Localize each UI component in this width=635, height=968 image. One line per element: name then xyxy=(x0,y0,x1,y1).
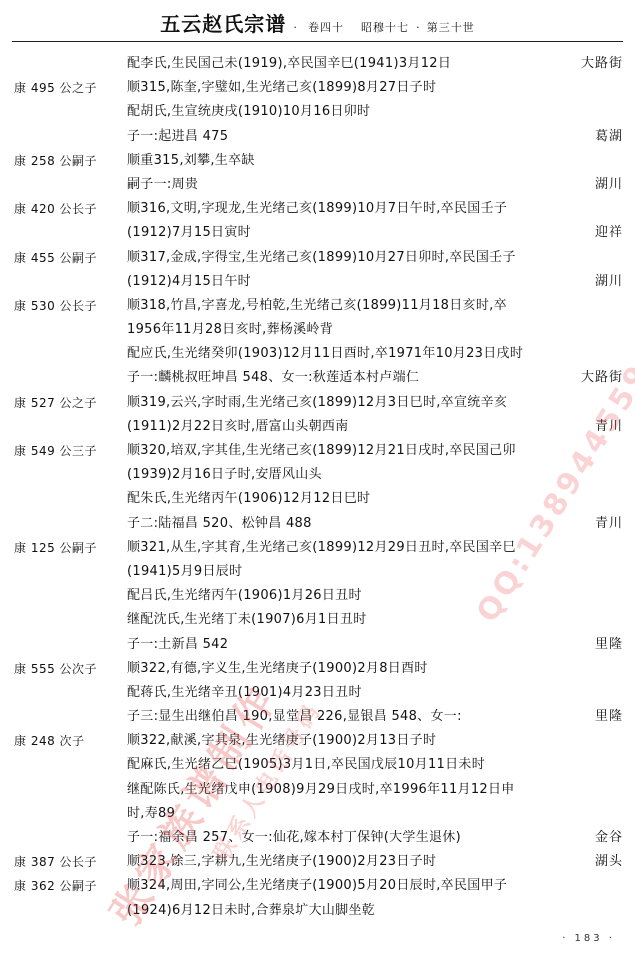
genealogy-line: 子二:陆福昌 520、松钟昌 488青川 xyxy=(0,512,635,536)
entry-text: 子二:陆福昌 520、松钟昌 488 xyxy=(127,512,312,536)
genealogy-line: 康 420 公长子顺316,文明,字现龙,生光绪己亥(1899)10月7日午时,… xyxy=(0,197,635,221)
entry-text: 顺320,培双,字其佳,生光绪己亥(1899)12月21日戌时,卒民国己卯 xyxy=(127,439,516,463)
entry-text: 配蒋氏,生光绪辛丑(1901)4月23日丑时 xyxy=(127,681,362,705)
entry-text: 配吕氏,生光绪丙午(1906)1月26日丑时 xyxy=(127,584,362,608)
genealogy-line: 子一:麟桃叔旺坤昌 548、女一:秋莲适本村卢端仁大路街 xyxy=(0,366,635,390)
location-label: 大路街 xyxy=(581,52,623,76)
genealogy-line: 康 495 公之子顺315,陈奎,字璧如,生光绪己亥(1899)8月27日子时 xyxy=(0,76,635,100)
genealogy-line: (1912)7月15日寅时迎祥 xyxy=(0,221,635,245)
entry-text: 顺317,金成,字得宝,生光绪己亥(1899)10月27日卯时,卒民国壬子 xyxy=(127,246,516,270)
genealogy-line: 康 530 公长子顺318,竹昌,字喜龙,号柏乾,生光绪己亥(1899)11月1… xyxy=(0,294,635,318)
branch-label: 昭穆十七 xyxy=(361,21,409,34)
entry-text: 继配陈氏,生光绪戊申(1908)9月29日戌时,卒1996年11月12日申 xyxy=(127,778,515,802)
entry-text: (1911)2月22日亥时,厝富山头朝西南 xyxy=(127,415,348,439)
location-label: 湖川 xyxy=(595,270,623,294)
page-header: 五云赵氏宗谱 · 卷四十 昭穆十七 · 第三十世 xyxy=(0,8,635,42)
entry-text: (1941)5月9日辰时 xyxy=(127,560,242,584)
parent-reference: 康 125 公嗣子 xyxy=(14,536,97,560)
genealogy-line: 继配陈氏,生光绪戊申(1908)9月29日戌时,卒1996年11月12日申 xyxy=(0,778,635,802)
parent-reference: 康 455 公嗣子 xyxy=(14,246,97,270)
genealogy-line: 康 125 公嗣子顺321,从生,字其育,生光绪己亥(1899)12月29日丑时… xyxy=(0,536,635,560)
genealogy-line: 康 387 公长子顺323,馀三,字耕九,生光绪庚子(1900)2月23日子时湖… xyxy=(0,850,635,874)
entry-text: 子三:显生出继伯昌 190,显堂昌 226,显银昌 548、女一: xyxy=(127,705,462,729)
entry-text: 顺315,陈奎,字璧如,生光绪己亥(1899)8月27日子时 xyxy=(127,76,436,100)
parent-reference: 康 549 公三子 xyxy=(14,439,97,463)
genealogy-line: 继配沈氏,生光绪丁未(1907)6月1日丑时 xyxy=(0,608,635,632)
header-separator: · xyxy=(293,21,297,34)
entry-text: 顺316,文明,字现龙,生光绪己亥(1899)10月7日午时,卒民国壬子 xyxy=(127,197,507,221)
entry-text: 顺322,有德,字义生,生光绪庚子(1900)2月8日酉时 xyxy=(127,657,428,681)
entry-text: 顺322,献溪,字其泉,生光绪庚子(1900)2月13日子时 xyxy=(127,729,436,753)
location-label: 金谷 xyxy=(595,826,623,850)
genealogy-line: 嗣子一:周贵湖川 xyxy=(0,173,635,197)
parent-reference: 康 420 公长子 xyxy=(14,197,97,221)
location-label: 湖头 xyxy=(595,850,623,874)
location-label: 大路街 xyxy=(581,366,623,390)
entry-text: 顺重315,刘攀,生卒缺 xyxy=(127,149,255,173)
parent-reference: 康 527 公之子 xyxy=(14,391,97,415)
genealogy-line: 配吕氏,生光绪丙午(1906)1月26日丑时 xyxy=(0,584,635,608)
entry-text: (1924)6月12日未时,合葬泉圹大山脚坐乾 xyxy=(127,899,375,923)
genealogy-entries: 配李氏,生民国己未(1919),卒民国辛巳(1941)3月12日大路街康 495… xyxy=(0,52,635,923)
genealogy-line: 配麻氏,生光绪乙巳(1905)3月1日,卒民国戊辰10月11日未时 xyxy=(0,753,635,777)
entry-text: 配胡氏,生宣统庚戌(1910)10月16日卯时 xyxy=(127,100,370,124)
parent-reference: 康 530 公长子 xyxy=(14,294,97,318)
page-number: · 183 · xyxy=(562,933,615,944)
entry-text: 子一:福余昌 257、女一:仙花,嫁本村丁保钟(大学生退休) xyxy=(127,826,461,850)
parent-reference: 康 555 公次子 xyxy=(14,657,97,681)
genealogy-line: 时,寿89 xyxy=(0,802,635,826)
genealogy-line: 配李氏,生民国己未(1919),卒民国辛巳(1941)3月12日大路街 xyxy=(0,52,635,76)
genealogy-line: 配胡氏,生宣统庚戌(1910)10月16日卯时 xyxy=(0,100,635,124)
genealogy-line: 配应氏,生光绪癸卯(1903)12月11日酉时,卒1971年10月23日戌时 xyxy=(0,342,635,366)
genealogy-line: 1956年11月28日亥时,葬杨溪岭背 xyxy=(0,318,635,342)
entry-text: 配朱氏,生光绪丙午(1906)12月12日巳时 xyxy=(127,487,370,511)
genealogy-line: 康 527 公之子顺319,云兴,字时雨,生光绪己亥(1899)12月3日巳时,… xyxy=(0,391,635,415)
location-label: 湖川 xyxy=(595,173,623,197)
genealogy-line: 康 248 次子顺322,献溪,字其泉,生光绪庚子(1900)2月13日子时 xyxy=(0,729,635,753)
genealogy-line: 康 455 公嗣子顺317,金成,字得宝,生光绪己亥(1899)10月27日卯时… xyxy=(0,246,635,270)
parent-reference: 康 258 公嗣子 xyxy=(14,149,97,173)
entry-text: 顺321,从生,字其育,生光绪己亥(1899)12月29日丑时,卒民国辛巳 xyxy=(127,536,516,560)
genealogy-line: (1911)2月22日亥时,厝富山头朝西南青川 xyxy=(0,415,635,439)
entry-text: (1939)2月16日子时,安厝风山头 xyxy=(127,463,322,487)
entry-text: 子一:麟桃叔旺坤昌 548、女一:秋莲适本村卢端仁 xyxy=(127,366,419,390)
genealogy-line: (1924)6月12日未时,合葬泉圹大山脚坐乾 xyxy=(0,899,635,923)
entry-text: 子一:起进昌 475 xyxy=(127,125,228,149)
entry-text: 时,寿89 xyxy=(127,802,175,826)
entry-text: (1912)7月15日寅时 xyxy=(127,221,251,245)
location-label: 里隆 xyxy=(595,705,623,729)
genealogy-line: 康 555 公次子顺322,有德,字义生,生光绪庚子(1900)2月8日酉时 xyxy=(0,657,635,681)
parent-reference: 康 362 公嗣子 xyxy=(14,874,97,898)
entry-text: 配麻氏,生光绪乙巳(1905)3月1日,卒民国戊辰10月11日未时 xyxy=(127,753,485,777)
entry-text: 顺319,云兴,字时雨,生光绪己亥(1899)12月3日巳时,卒宣统辛亥 xyxy=(127,391,507,415)
entry-text: 嗣子一:周贵 xyxy=(127,173,198,197)
location-label: 里隆 xyxy=(595,633,623,657)
location-label: 迎祥 xyxy=(595,221,623,245)
entry-text: (1912)4月15日午时 xyxy=(127,270,251,294)
parent-reference: 康 387 公长子 xyxy=(14,850,97,874)
genealogy-line: (1912)4月15日午时湖川 xyxy=(0,270,635,294)
genealogy-line: 康 362 公嗣子顺324,周田,字同公,生光绪庚子(1900)5月20日辰时,… xyxy=(0,874,635,898)
location-label: 青川 xyxy=(595,512,623,536)
header-separator-2: · xyxy=(416,21,420,34)
entry-text: 配李氏,生民国己未(1919),卒民国辛巳(1941)3月12日 xyxy=(127,52,451,76)
genealogy-line: 配朱氏,生光绪丙午(1906)12月12日巳时 xyxy=(0,487,635,511)
parent-reference: 康 495 公之子 xyxy=(14,76,97,100)
header-divider xyxy=(12,41,623,42)
genealogy-line: 康 258 公嗣子顺重315,刘攀,生卒缺 xyxy=(0,149,635,173)
entry-text: 顺318,竹昌,字喜龙,号柏乾,生光绪己亥(1899)11月18日亥时,卒 xyxy=(127,294,507,318)
location-label: 葛湖 xyxy=(595,125,623,149)
genealogy-line: 配蒋氏,生光绪辛丑(1901)4月23日丑时 xyxy=(0,681,635,705)
genealogy-line: 子一:土新昌 542里隆 xyxy=(0,633,635,657)
genealogy-line: (1941)5月9日辰时 xyxy=(0,560,635,584)
genealogy-line: 子一:福余昌 257、女一:仙花,嫁本村丁保钟(大学生退休)金谷 xyxy=(0,826,635,850)
volume-label: 卷四十 xyxy=(308,21,344,34)
entry-text: 子一:土新昌 542 xyxy=(127,633,228,657)
genealogy-line: 康 549 公三子顺320,培双,字其佳,生光绪己亥(1899)12月21日戌时… xyxy=(0,439,635,463)
generation-label: 第三十世 xyxy=(427,21,475,34)
entry-text: 顺323,馀三,字耕九,生光绪庚子(1900)2月23日子时 xyxy=(127,850,436,874)
entry-text: 配应氏,生光绪癸卯(1903)12月11日酉时,卒1971年10月23日戌时 xyxy=(127,342,523,366)
genealogy-line: (1939)2月16日子时,安厝风山头 xyxy=(0,463,635,487)
entry-text: 继配沈氏,生光绪丁未(1907)6月1日丑时 xyxy=(127,608,367,632)
genealogy-title: 五云赵氏宗谱 xyxy=(160,12,286,36)
entry-text: 顺324,周田,字同公,生光绪庚子(1900)5月20日辰时,卒民国甲子 xyxy=(127,874,507,898)
parent-reference: 康 248 次子 xyxy=(14,729,85,753)
entry-text: 1956年11月28日亥时,葬杨溪岭背 xyxy=(127,318,333,342)
genealogy-line: 子一:起进昌 475葛湖 xyxy=(0,125,635,149)
genealogy-line: 子三:显生出继伯昌 190,显堂昌 226,显银昌 548、女一:里隆 xyxy=(0,705,635,729)
location-label: 青川 xyxy=(595,415,623,439)
